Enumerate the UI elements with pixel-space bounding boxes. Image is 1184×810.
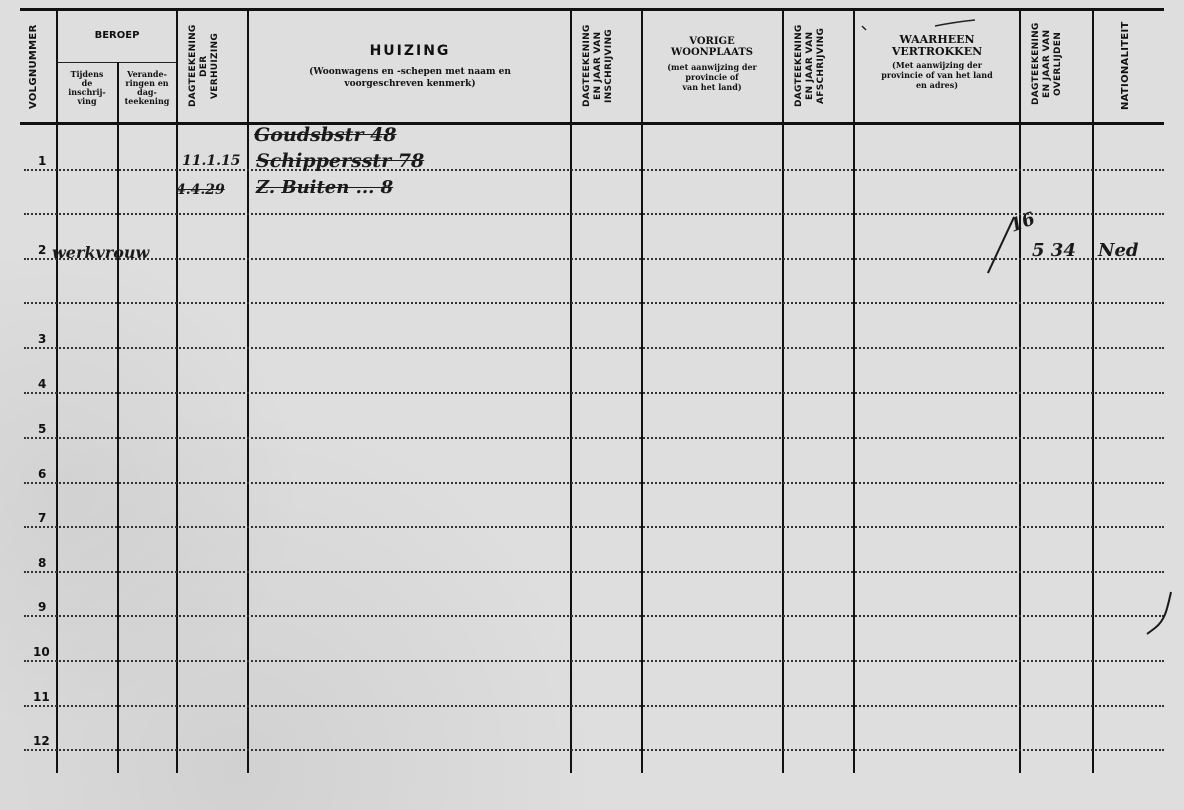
header-tick-mark <box>860 12 980 32</box>
row-line-2b <box>24 302 1164 304</box>
row-number-5: 5 <box>38 422 46 436</box>
row-number-1: 1 <box>38 154 46 168</box>
header-huizing-sub: (Woonwagens en -schepen met naam en voor… <box>250 66 570 90</box>
header-beroep: BEROEP <box>58 30 176 41</box>
col-line-3 <box>176 8 178 773</box>
handwritten-date-slash <box>987 216 1015 273</box>
header-waarheen-sub: (Met aanwijzing der provincie of van het… <box>855 60 1019 90</box>
header-dagteekening-verhuizing: DAGTEEKENING DER VERHUIZING <box>188 14 236 118</box>
row-number-11: 11 <box>33 690 50 704</box>
header-beroep-veranderingen: Verande- ringen en dag- teekening <box>118 70 176 106</box>
row-line-1b <box>24 213 1164 215</box>
handwritten-overlijden-rest: 5 34 <box>1032 240 1076 261</box>
handwritten-address-1: Goudsbstr 48 <box>254 124 397 146</box>
handwritten-nationaliteit: Ned <box>1098 240 1139 261</box>
pen-mark <box>1145 590 1175 640</box>
col-line-4 <box>247 8 249 773</box>
row-line-9 <box>24 615 1164 617</box>
handwritten-address-2: Schippersstr 78 <box>256 150 424 172</box>
row-line-12 <box>24 749 1164 751</box>
col-line-9 <box>1019 8 1021 773</box>
handwritten-date-2: 11.1.15 <box>182 153 240 169</box>
col-line-5 <box>570 8 572 773</box>
row-line-8 <box>24 571 1164 573</box>
row-line-11 <box>24 705 1164 707</box>
header-dagteekening-overlijden: DAGTEEKENING EN JAAR VAN OVERLIJDEN <box>1031 10 1079 118</box>
row-line-5 <box>24 437 1164 439</box>
col-line-10 <box>1092 8 1094 773</box>
col-line-8 <box>853 8 855 773</box>
row-number-7: 7 <box>38 511 46 525</box>
header-huizing-title: HUIZING <box>250 43 570 59</box>
beroep-split-line <box>56 62 176 63</box>
handwritten-beroep-row-2: werkvrouw <box>52 243 149 262</box>
row-number-10: 10 <box>33 645 50 659</box>
row-number-6: 6 <box>38 467 46 481</box>
registration-sheet: VOLGNUMMER BEROEP Tijdens de inschrij- v… <box>0 0 1184 810</box>
header-nationaliteit: NATIONALITEIT <box>1120 14 1140 118</box>
row-number-4: 4 <box>38 377 46 391</box>
header-bottom-rule <box>20 122 1164 125</box>
top-rule <box>20 8 1164 11</box>
header-waarheen-title: WAARHEEN VERTROKKEN <box>855 34 1019 58</box>
row-line-10 <box>24 660 1164 662</box>
row-line-3 <box>24 347 1164 349</box>
header-vorige-woonplaats-sub: (met aanwijzing der provincie of van het… <box>643 62 781 92</box>
header-beroep-tijdens: Tijdens de inschrij- ving <box>58 70 116 106</box>
header-vorige-woonplaats-title: VORIGE WOONPLAATS <box>643 36 781 58</box>
row-number-8: 8 <box>38 556 46 570</box>
row-line-7 <box>24 526 1164 528</box>
row-line-4 <box>24 392 1164 394</box>
row-number-12: 12 <box>33 734 50 748</box>
col-line-1 <box>56 8 58 773</box>
col-line-7 <box>782 8 784 773</box>
header-dagteekening-inschrijving: DAGTEEKENING EN JAAR VAN INSCHRIJVING <box>582 14 630 118</box>
row-number-9: 9 <box>38 600 46 614</box>
header-volgnummer: VOLGNUMMER <box>28 18 48 116</box>
handwritten-date-3: 4.4.29 <box>176 182 225 198</box>
row-number-3: 3 <box>38 332 46 346</box>
row-line-1 <box>24 169 1164 171</box>
handwritten-address-3: Z. Buiten ... 8 <box>256 177 393 198</box>
row-number-2: 2 <box>38 243 46 257</box>
col-line-6 <box>641 8 643 773</box>
header-dagteekening-afschrijving: DAGTEEKENING EN JAAR VAN AFSCHRIJVING <box>794 14 842 118</box>
row-line-6 <box>24 482 1164 484</box>
